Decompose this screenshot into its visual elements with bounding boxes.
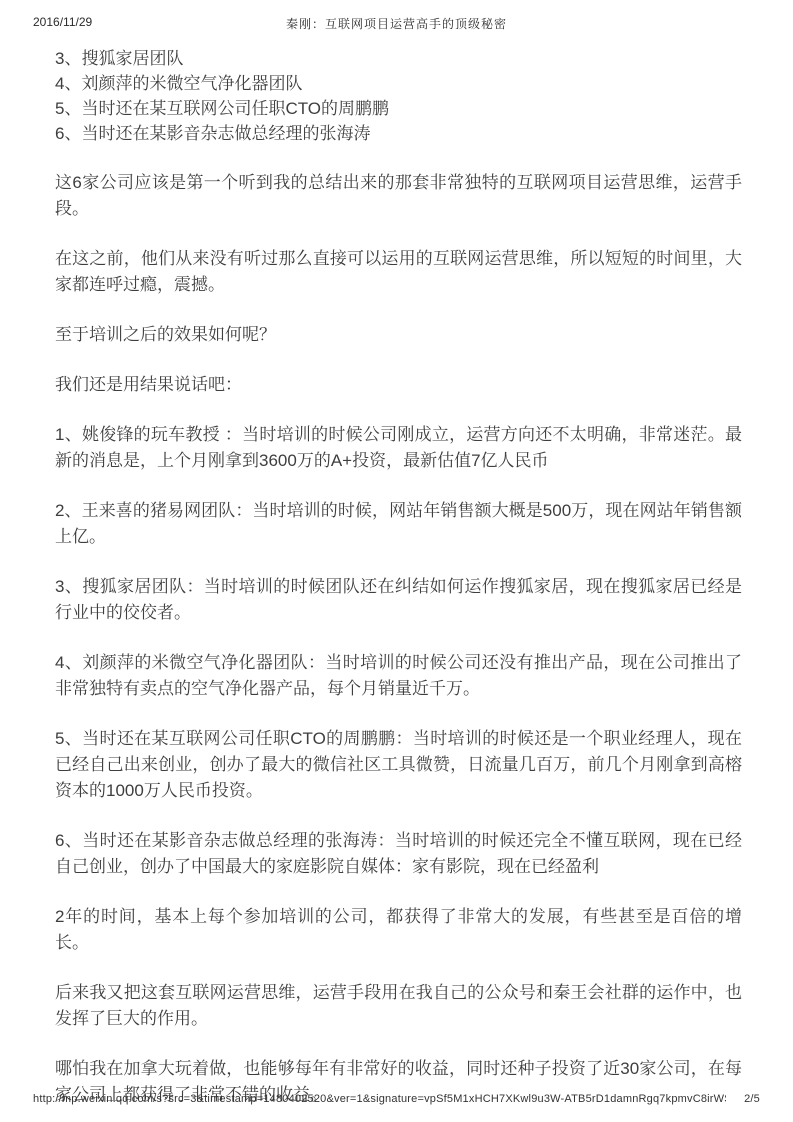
- paragraph: 5、当时还在某互联网公司任职CTO的周鹏鹏：当时培训的时候还是一个职业经理人，现…: [55, 726, 742, 804]
- paragraph: 3、搜狐家居团队：当时培训的时候团队还在纠结如何运作搜狐家居，现在搜狐家居已经是…: [55, 574, 742, 626]
- print-footer: http://mp.weixin.qq.com/s?src=3&timestam…: [33, 1093, 760, 1105]
- article-content: 3、搜狐家居团队 4、刘颜萍的米微空气净化器团队 5、当时还在某互联网公司任职C…: [55, 46, 742, 1108]
- page-number: 2/5: [744, 1093, 760, 1105]
- print-date: 2016/11/29: [33, 15, 92, 29]
- document-title: 秦刚：互联网项目运营高手的顶级秘密: [33, 13, 760, 32]
- list-item: 4、刘颜萍的米微空气净化器团队: [55, 71, 742, 96]
- source-url: http://mp.weixin.qq.com/s?src=3&timestam…: [33, 1093, 726, 1105]
- paragraph: 6、当时还在某影音杂志做总经理的张海涛：当时培训的时候还完全不懂互联网，现在已经…: [55, 828, 742, 880]
- paragraph: 1、姚俊锋的玩车教授 ：当时培训的时候公司刚成立，运营方向还不太明确，非常迷茫。…: [55, 422, 742, 474]
- paragraph: 4、刘颜萍的米微空气净化器团队：当时培训的时候公司还没有推出产品，现在公司推出了…: [55, 650, 742, 702]
- list-item: 6、当时还在某影音杂志做总经理的张海涛: [55, 121, 742, 146]
- paragraph: 在这之前，他们从来没有听过那么直接可以运用的互联网运营思维，所以短短的时间里，大…: [55, 246, 742, 298]
- paragraph: 这6家公司应该是第一个听到我的总结出来的那套非常独特的互联网项目运营思维，运营手…: [55, 170, 742, 222]
- paragraph: 后来我又把这套互联网运营思维，运营手段用在我自己的公众号和秦王会社群的运作中，也…: [55, 980, 742, 1032]
- paragraph: 2年的时间，基本上每个参加培训的公司，都获得了非常大的发展，有些甚至是百倍的增长…: [55, 904, 742, 956]
- paragraph: 2、王来喜的猪易网团队：当时培训的时候，网站年销售额大概是500万，现在网站年销…: [55, 498, 742, 550]
- print-header: 2016/11/29 秦刚：互联网项目运营高手的顶级秘密: [33, 13, 760, 29]
- list-item: 3、搜狐家居团队: [55, 46, 742, 71]
- paragraph: 至于培训之后的效果如何呢？: [55, 322, 742, 348]
- paragraph: 我们还是用结果说话吧：: [55, 372, 742, 398]
- numbered-list: 3、搜狐家居团队 4、刘颜萍的米微空气净化器团队 5、当时还在某互联网公司任职C…: [55, 46, 742, 146]
- list-item: 5、当时还在某互联网公司任职CTO的周鹏鹏: [55, 96, 742, 121]
- printed-document-page: 2016/11/29 秦刚：互联网项目运营高手的顶级秘密 3、搜狐家居团队 4、…: [0, 0, 793, 1122]
